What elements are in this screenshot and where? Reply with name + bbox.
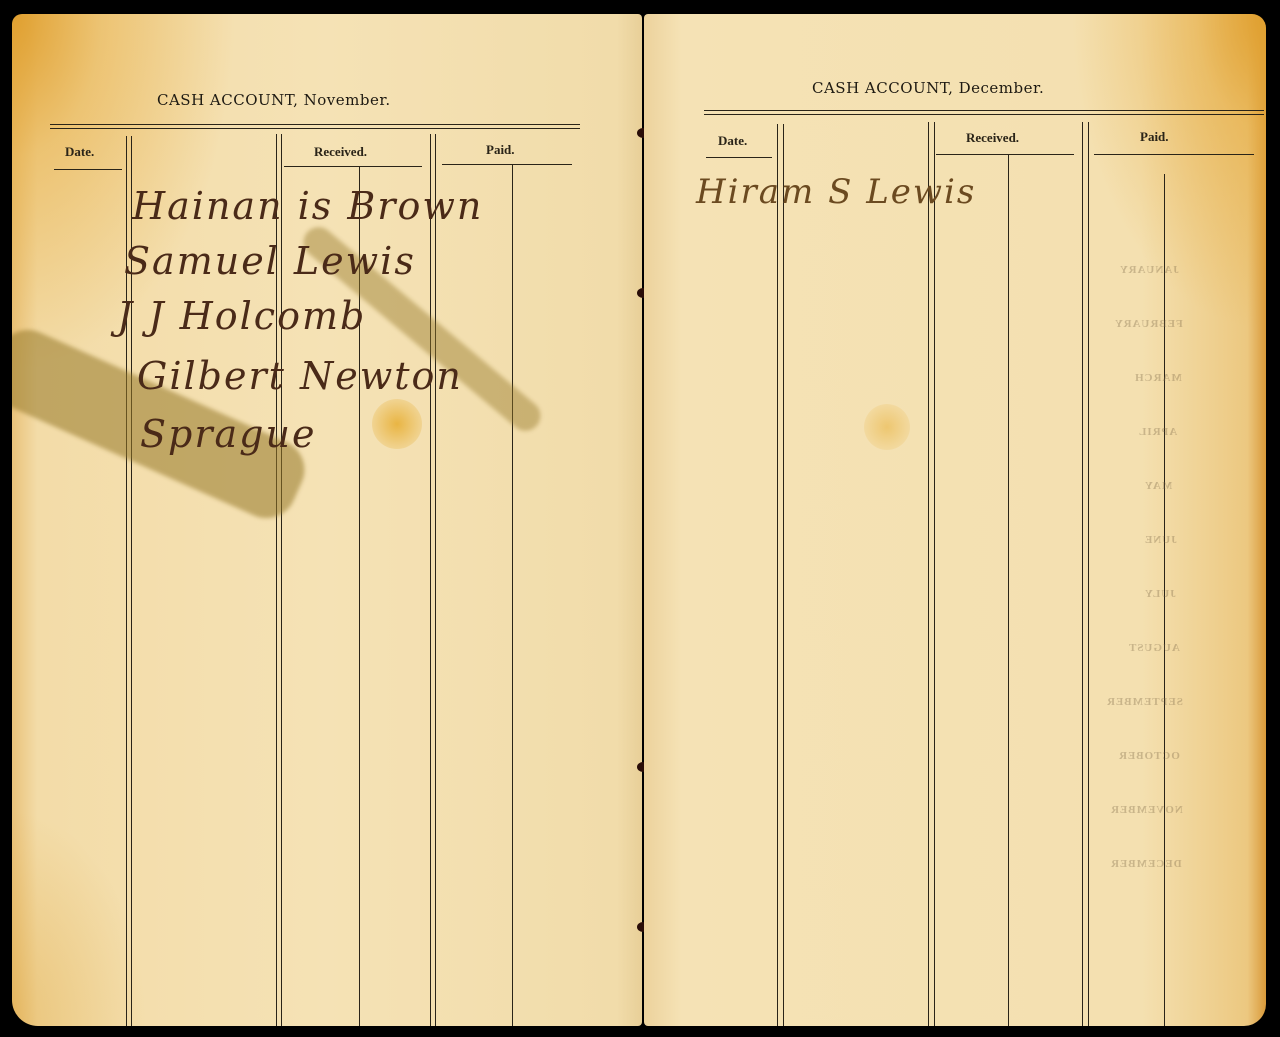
bleed-through-text: DECEMBER (1110, 858, 1182, 870)
date-underline (54, 169, 122, 170)
column-line (1088, 122, 1089, 1026)
column-header-date: Date. (65, 144, 94, 160)
bleed-through-text: FEBRUARY (1114, 318, 1183, 330)
column-line (934, 122, 935, 1026)
bleed-through-text: JULY (1144, 588, 1176, 600)
column-line (435, 134, 436, 1026)
handwritten-entry: Gilbert Newton (137, 354, 463, 398)
column-line (928, 122, 929, 1026)
column-line (1008, 154, 1009, 1026)
date-underline (706, 157, 772, 158)
bleed-through-text: MAY (1144, 480, 1172, 492)
bleed-through-text: NOVEMBER (1110, 804, 1183, 816)
column-header-paid: Paid. (1140, 129, 1169, 145)
column-line (430, 134, 431, 1026)
column-line (777, 124, 778, 1026)
page-title: CASH ACCOUNT, November. (157, 91, 391, 109)
paid-underline (442, 164, 572, 165)
received-underline (936, 154, 1074, 155)
double-rule-bottom (704, 114, 1264, 115)
stain-spot (864, 404, 910, 450)
handwritten-entry: J J Holcomb (117, 294, 366, 338)
column-header-date: Date. (718, 133, 747, 149)
column-line (512, 164, 513, 1026)
column-line (1082, 122, 1083, 1026)
received-underline (284, 166, 422, 167)
handwritten-entry: Samuel Lewis (124, 239, 416, 283)
column-header-received: Received. (314, 144, 367, 160)
stain-spot (372, 399, 422, 449)
column-line (783, 124, 784, 1026)
double-rule-bottom (50, 128, 580, 129)
handwritten-entry: Hiram S Lewis (696, 172, 976, 212)
bleed-through-text: JANUARY (1119, 264, 1179, 276)
double-rule-top (50, 124, 580, 125)
bleed-through-text: JUNE (1144, 534, 1177, 546)
bleed-through-text: OCTOBER (1118, 750, 1180, 762)
bleed-through-text: AUGUST (1128, 642, 1180, 654)
handwritten-entry: Sprague (140, 412, 316, 456)
bleed-through-text: SEPTEMBER (1106, 696, 1183, 708)
right-page-december: CASH ACCOUNT, December. Date. Received. … (644, 14, 1266, 1026)
bleed-through-text: APRIL (1138, 426, 1177, 438)
paid-underline (1094, 154, 1254, 155)
page-title: CASH ACCOUNT, December. (812, 79, 1044, 97)
column-header-received: Received. (966, 130, 1019, 146)
handwritten-entry: Hainan is Brown (132, 184, 483, 228)
left-page-november: CASH ACCOUNT, November. Date. Received. … (12, 14, 642, 1026)
bleed-through-text: MARCH (1134, 372, 1182, 384)
column-header-paid: Paid. (486, 142, 515, 158)
column-line (1164, 174, 1165, 1026)
double-rule-top (704, 110, 1264, 111)
